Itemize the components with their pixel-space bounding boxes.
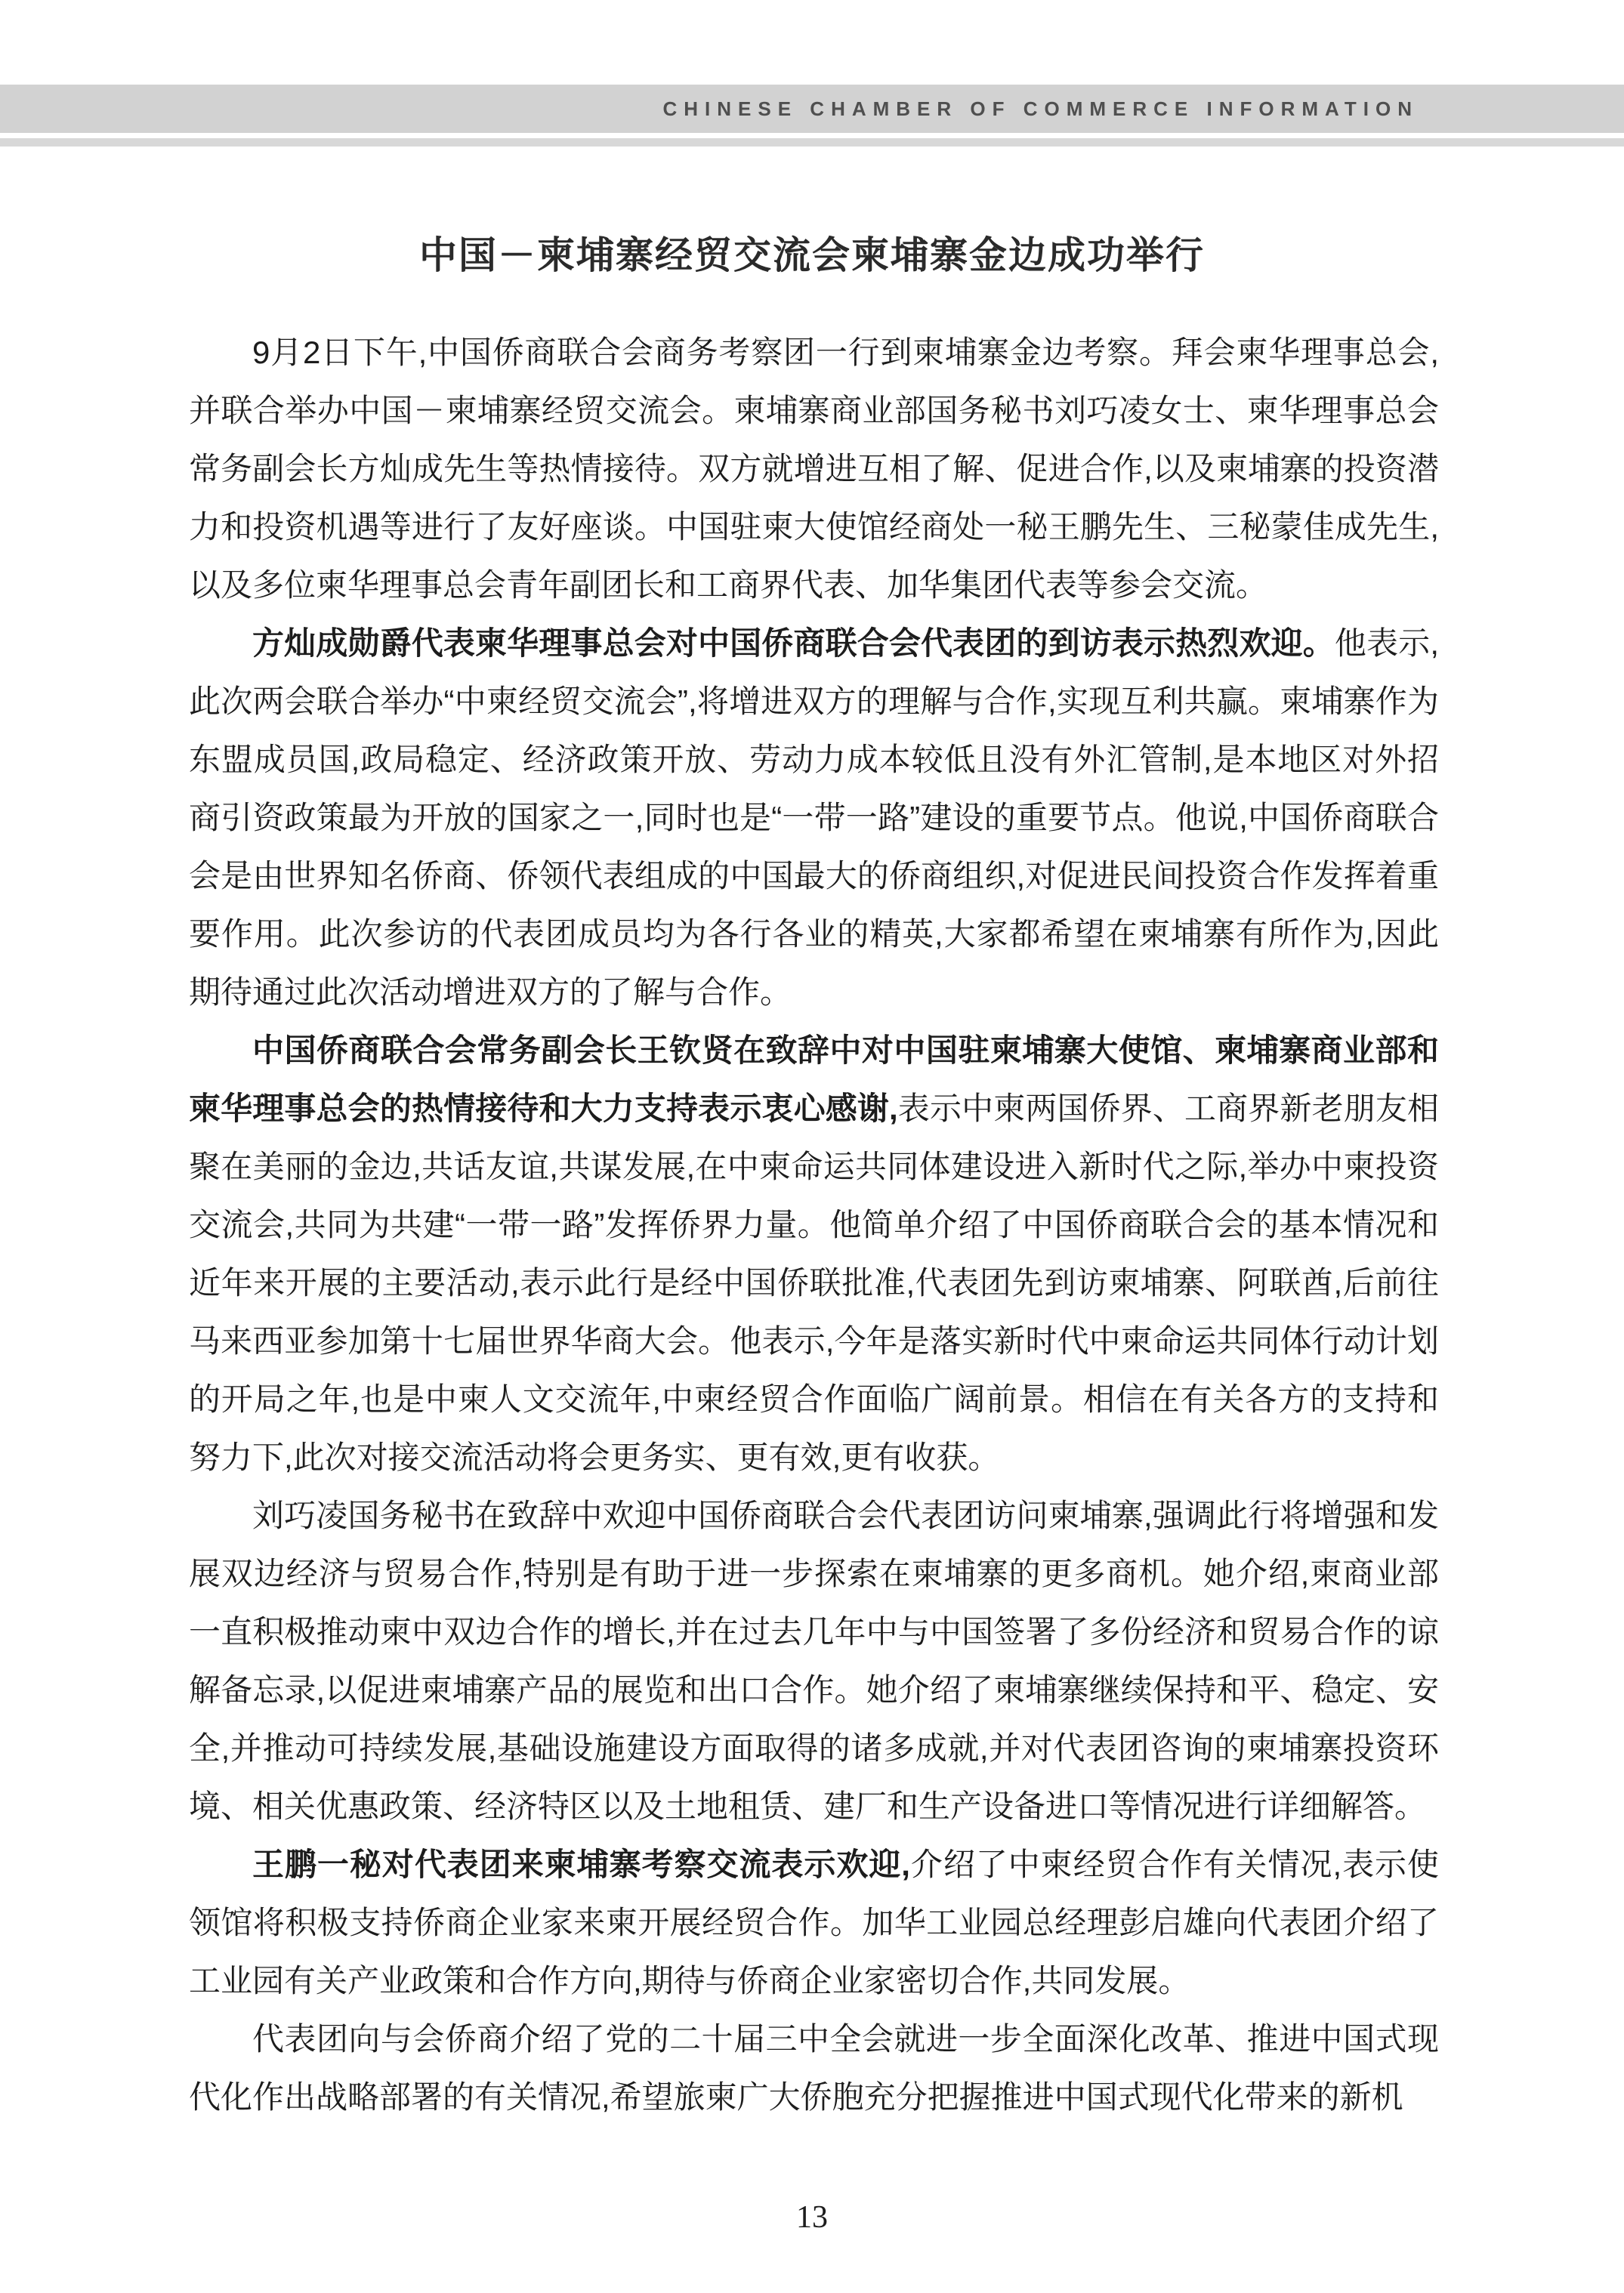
paragraph-text: 9月2日下午,中国侨商联合会商务考察团一行到柬埔寨金边考察。拜会柬华理事总会,并… <box>189 335 1439 603</box>
header-strip <box>0 138 1624 147</box>
paragraph: 方灿成勋爵代表柬华理事总会对中国侨商联合会代表团的到访表示热烈欢迎。他表示,此次… <box>189 614 1439 1021</box>
paragraph: 9月2日下午,中国侨商联合会商务考察团一行到柬埔寨金边考察。拜会柬华理事总会,并… <box>189 323 1439 614</box>
paragraph-bold-lead: 王鹏一秘对代表团来柬埔寨考察交流表示欢迎, <box>252 1847 910 1882</box>
header-band-text: CHINESE CHAMBER OF COMMERCE INFORMATION <box>662 97 1419 121</box>
paragraph-text: 刘巧凌国务秘书在致辞中欢迎中国侨商联合会代表团访问柬埔寨,强调此行将增强和发展双… <box>189 1498 1439 1824</box>
paragraph: 王鹏一秘对代表团来柬埔寨考察交流表示欢迎,介绍了中柬经贸合作有关情况,表示使领馆… <box>189 1835 1439 2010</box>
paragraph-text: 他表示,此次两会联合举办“中柬经贸交流会”,将增进双方的理解与合作,实现互利共赢… <box>189 625 1439 1010</box>
paragraph: 中国侨商联合会常务副会长王钦贤在致辞中对中国驻柬埔寨大使馆、柬埔寨商业部和柬华理… <box>189 1021 1439 1486</box>
paragraph-text: 表示中柬两国侨界、工商界新老朋友相聚在美丽的金边,共话友谊,共谋发展,在中柬命运… <box>189 1091 1439 1475</box>
paragraph: 刘巧凌国务秘书在致辞中欢迎中国侨商联合会代表团访问柬埔寨,强调此行将增强和发展双… <box>189 1486 1439 1835</box>
page-title: 中国－柬埔寨经贸交流会柬埔寨金边成功举行 <box>0 225 1624 279</box>
paragraph-bold-lead: 方灿成勋爵代表柬华理事总会对中国侨商联合会代表团的到访表示热烈欢迎。 <box>252 625 1335 661</box>
header-band: CHINESE CHAMBER OF COMMERCE INFORMATION <box>0 85 1624 133</box>
article: 9月2日下午,中国侨商联合会商务考察团一行到柬埔寨金边考察。拜会柬华理事总会,并… <box>189 323 1439 2126</box>
paragraph: 代表团向与会侨商介绍了党的二十届三中全会就进一步全面深化改革、推进中国式现代化作… <box>189 2010 1439 2126</box>
paragraph-text: 代表团向与会侨商介绍了党的二十届三中全会就进一步全面深化改革、推进中国式现代化作… <box>189 2021 1439 2115</box>
page-number: 13 <box>0 2199 1624 2236</box>
